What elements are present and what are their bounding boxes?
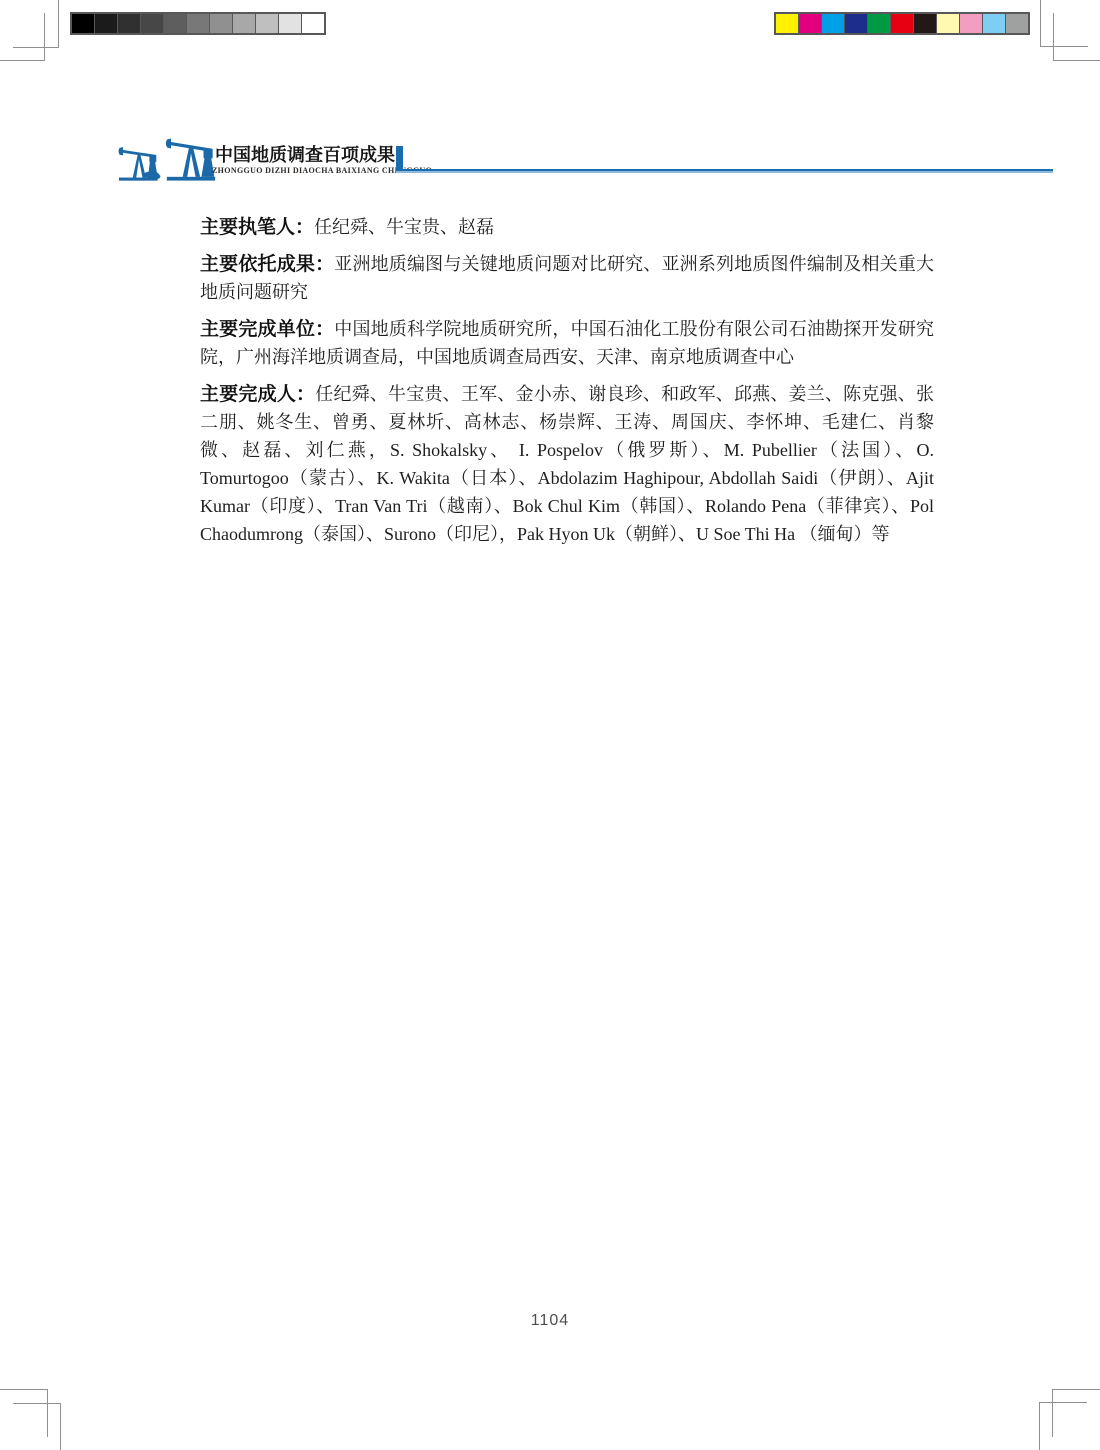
crop-mark-top-right bbox=[1053, 13, 1100, 61]
color-swatch bbox=[209, 14, 232, 33]
field-label-chief-writers: 主要执笔人： bbox=[200, 217, 314, 238]
field-value-chief-writers: 任纪舜、牛宝贵、赵磊 bbox=[314, 217, 494, 237]
color-swatch bbox=[117, 14, 140, 33]
paragraph-completing-units: 主要完成单位：中国地质科学院地质研究所，中国石油化工股份有限公司石油勘探开发研究… bbox=[200, 316, 934, 372]
color-swatch bbox=[913, 14, 936, 33]
crop-mark-bottom-left bbox=[13, 1403, 61, 1450]
color-swatch bbox=[186, 14, 209, 33]
color-swatch bbox=[301, 14, 324, 33]
color-swatch bbox=[959, 14, 982, 33]
color-swatch bbox=[798, 14, 821, 33]
color-swatch bbox=[94, 14, 117, 33]
color-swatch bbox=[278, 14, 301, 33]
field-label-supporting-achievements: 主要依托成果： bbox=[200, 254, 334, 275]
field-label-contributors: 主要完成人： bbox=[200, 384, 315, 405]
color-swatch bbox=[844, 14, 867, 33]
page-number: 1104 bbox=[0, 1312, 1100, 1330]
header-rule-line bbox=[396, 169, 1053, 173]
color-swatch bbox=[776, 14, 798, 33]
color-swatch bbox=[72, 14, 94, 33]
header-title: 中国地质调查百项成果 bbox=[215, 141, 400, 167]
color-swatch bbox=[163, 14, 186, 33]
crop-mark-bottom-right bbox=[1039, 1402, 1087, 1450]
pumpjack-large-icon bbox=[166, 128, 216, 181]
color-swatch bbox=[936, 14, 959, 33]
field-value-contributors: 任纪舜、牛宝贵、王军、金小赤、谢良珍、和政军、邱燕、姜兰、陈克强、张二朋、姚冬生… bbox=[200, 384, 934, 544]
crop-mark-top-left bbox=[0, 13, 45, 61]
color-swatch bbox=[255, 14, 278, 33]
color-swatch bbox=[140, 14, 163, 33]
paragraph-contributors: 主要完成人：任纪舜、牛宝贵、王军、金小赤、谢良珍、和政军、邱燕、姜兰、陈克强、张… bbox=[200, 381, 934, 549]
color-swatch bbox=[982, 14, 1005, 33]
color-swatch bbox=[821, 14, 844, 33]
color-swatch bbox=[890, 14, 913, 33]
pumpjack-small-icon bbox=[112, 143, 166, 181]
color-swatch bbox=[232, 14, 255, 33]
field-label-completing-units: 主要完成单位： bbox=[200, 319, 334, 340]
document-page: 中国地质调查百项成果 ZHONGGUO DIZHI DIAOCHA BAIXIA… bbox=[0, 0, 1100, 1450]
color-swatch bbox=[867, 14, 890, 33]
color-swatch bbox=[1005, 14, 1028, 33]
header-subtitle: ZHONGGUO DIZHI DIAOCHA BAIXIANG CHENGGUO bbox=[212, 166, 402, 175]
paragraph-chief-writers: 主要执笔人：任纪舜、牛宝贵、赵磊 bbox=[200, 214, 934, 242]
grayscale-calibration-bar bbox=[70, 12, 326, 35]
body-content: 主要执笔人：任纪舜、牛宝贵、赵磊 主要依托成果：亚洲地质编图与关键地质问题对比研… bbox=[200, 214, 934, 558]
color-calibration-bar bbox=[774, 12, 1030, 35]
paragraph-supporting-achievements: 主要依托成果：亚洲地质编图与关键地质问题对比研究、亚洲系列地质图件编制及相关重大… bbox=[200, 251, 934, 307]
